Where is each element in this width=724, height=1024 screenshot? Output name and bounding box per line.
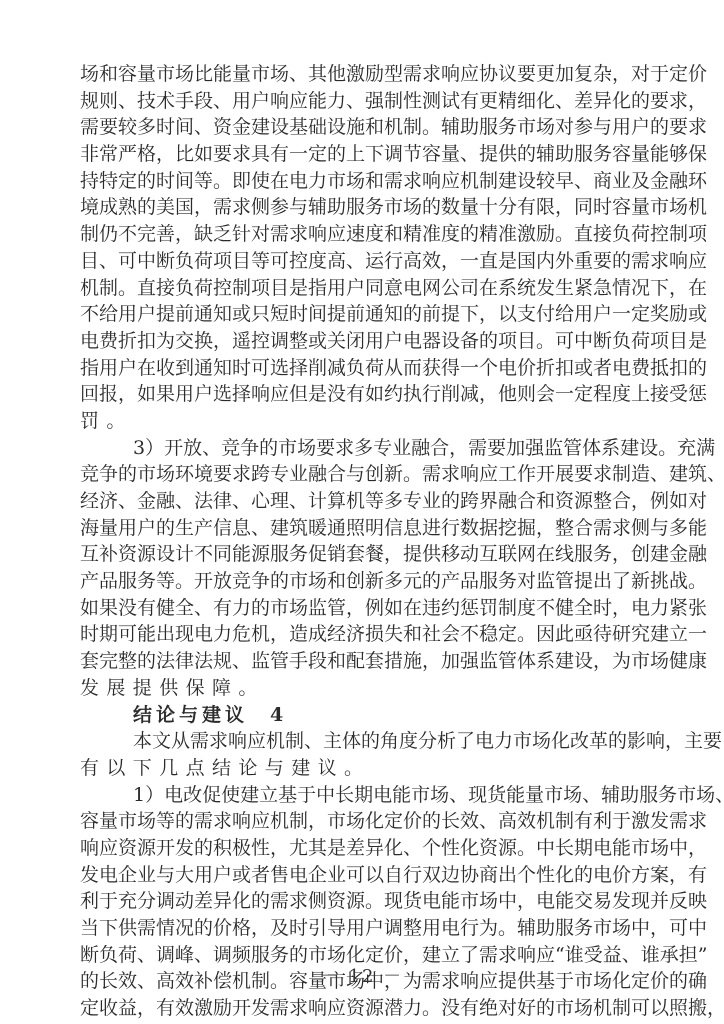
text-line: 不给用户提前通知或只短时间提前通知的前提下，以支付给用户一定奖励或 [80, 301, 642, 328]
text-line: 互补资源设计不同能源服务促销套餐，提供移动互联网在线服务，创建金融 [80, 541, 642, 568]
text-line: 目、可中断负荷项目等可控度高、运行高效，一直是国内外重要的需求响应 [80, 248, 642, 275]
text-line: 境成熟的美国，需求侧参与辅助服务市场的数量十分有限，同时容量市场机 [80, 194, 642, 221]
paragraph-continuation: 场和容量市场比能量市场、其他激励型需求响应协议要更加复杂，对于定价 规则、技术手… [80, 61, 642, 435]
text-line: 3）开放、竞争的市场要求多专业融合，需要加强监管体系建设。充满 [80, 435, 642, 462]
text-line: 竞争的市场环境要求跨专业融合与创新。需求响应工作开展要求制造、建筑、 [80, 461, 642, 488]
text-line: 制仍不完善，缺乏针对需求响应速度和精准度的精准激励。直接负荷控制项 [80, 221, 642, 248]
text-line: 时期可能出现电力危机，造成经济损失和社会不稳定。因此亟待研究建立一 [80, 621, 642, 648]
text-line: 利于充分调动差异化的需求侧资源。现货电能市场中，电能交易发现并反映 [80, 888, 642, 915]
text-line: 发展提供保障。 [80, 675, 642, 702]
text-line: 容量市场等的需求响应机制，市场化定价的长效、高效机制有利于激发需求 [80, 808, 642, 835]
text-line: 规则、技术手段、用户响应能力、强制性测试有更精细化、差异化的要求， [80, 88, 642, 115]
section-number: 4 [270, 704, 287, 726]
text-line: 需要较多时间、资金建设基础设施和机制。辅助服务市场对参与用户的要求 [80, 114, 642, 141]
text-line: 机制。直接负荷控制项目是指用户同意电网公司在系统发生紧急情况下，在 [80, 275, 642, 302]
text-line: 产品服务等。开放竞争的市场和创新多元的产品服务对监管提出了新挑战。 [80, 568, 642, 595]
body-text: 场和容量市场比能量市场、其他激励型需求响应协议要更加复杂，对于定价 规则、技术手… [80, 61, 642, 1022]
text-line: 非常严格，比如要求具有一定的上下调节容量、提供的辅助服务容量能够保 [80, 141, 642, 168]
text-line: 经济、金融、法律、心理、计算机等多专业的跨界融合和资源整合，例如对 [80, 488, 642, 515]
text-line: 本文从需求响应机制、主体的角度分析了电力市场化改革的影响，主要 [80, 728, 642, 755]
text-line: 套完整的法律法规、监管手段和配套措施，加强监管体系建设，为市场健康 [80, 648, 642, 675]
text-line: 持特定的时间等。即使在电力市场和需求响应机制建设较早、商业及金融环 [80, 168, 642, 195]
text-line: 海量用户的生产信息、建筑暖通照明信息进行数据挖掘，整合需求侧与多能 [80, 515, 642, 542]
text-line: 指用户在收到通知时可选择削减负荷从而获得一个电价折扣或者电费抵扣的 [80, 355, 642, 382]
text-line: 如果没有健全、有力的市场监管，例如在违约惩罚制度不健全时，电力紧张 [80, 595, 642, 622]
text-line: 发电企业与大用户或者售电企业可以自行双边协商出个性化的电价方案，有 [80, 862, 642, 889]
text-line: 定收益，有效激励开发需求响应资源潜力。没有绝对好的市场机制可以照搬， [80, 995, 642, 1022]
text-line: 罚。 [80, 408, 642, 435]
page-number: － 12 － [0, 962, 724, 988]
text-line: 1）电改促使建立基于中长期电能市场、现货能量市场、辅助服务市场、 [80, 782, 642, 809]
section-title: 结论与建议 [133, 704, 248, 726]
text-line: 有以下几点结论与建议。 [80, 755, 642, 782]
text-line: 响应资源开发的积极性，尤其是差异化、个性化资源。中长期电能市场中， [80, 835, 642, 862]
paragraph-conclusion-intro: 本文从需求响应机制、主体的角度分析了电力市场化改革的影响，主要 有以下几点结论与… [80, 728, 642, 781]
paragraph-point-3: 3）开放、竞争的市场要求多专业融合，需要加强监管体系建设。充满 竞争的市场环境要… [80, 435, 642, 702]
text-line: 场和容量市场比能量市场、其他激励型需求响应协议要更加复杂，对于定价 [80, 61, 642, 88]
text-line: 当下供需情况的价格，及时引导用户调整用电行为。辅助服务市场中，可中 [80, 915, 642, 942]
text-line: 电费折扣为交换，遥控调整或关闭用户电器设备的项目。可中断负荷项目是 [80, 328, 642, 355]
document-page: 场和容量市场比能量市场、其他激励型需求响应协议要更加复杂，对于定价 规则、技术手… [0, 0, 724, 1024]
section-heading: 结论与建议4 [80, 702, 642, 729]
text-line: 回报，如果用户选择响应但是没有如约执行削减，他则会一定程度上接受惩 [80, 381, 642, 408]
